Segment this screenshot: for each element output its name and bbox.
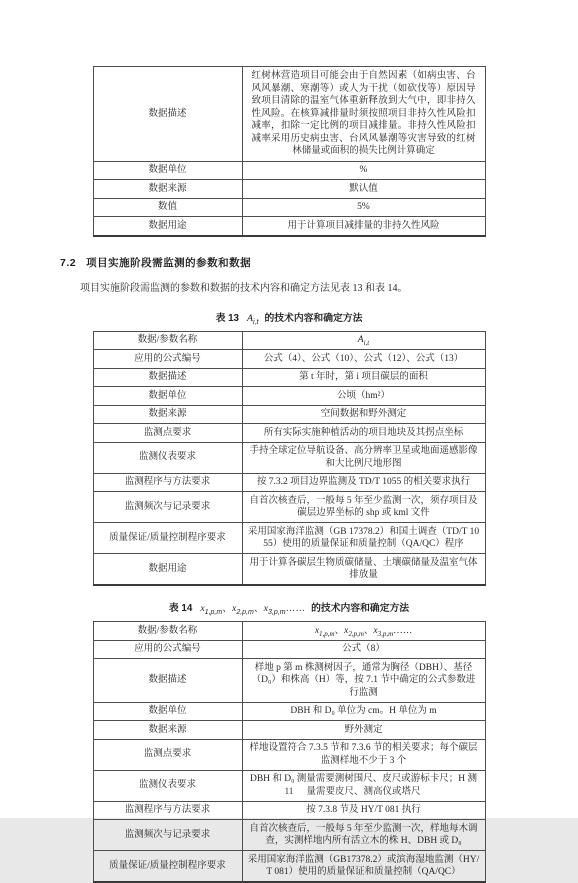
row-value: 自首次核查后，一般每 5 年至少监测一次，样地每木调查，实测样地内所有活立木的株… (242, 820, 485, 851)
table-row: 监测程序与方法要求按 7.3.2 项目边界监测及 TD/T 1055 的相关要求… (93, 473, 485, 492)
row-label: 数据单位 (93, 161, 242, 180)
row-label: 质量保证/质量控制程序要求 (93, 523, 242, 554)
row-value: 按 7.3.2 项目边界监测及 TD/T 1055 的相关要求执行 (242, 473, 485, 492)
row-value: 按 7.3.8 节及 HY/T 081 执行 (242, 801, 485, 820)
variable-subscript: 3,p,m (268, 609, 286, 616)
row-label: 应用的公式编号 (93, 350, 242, 369)
row-label: 数据用途 (93, 554, 242, 586)
table14-parameter-table: 数据/参数名称x1,p,m、x2,p,m、x3,p,m……应用的公式编号公式（8… (93, 621, 486, 883)
table-row: 数据单位DBH 和 D₀ 单位为 cm。H 单位为 m (93, 702, 485, 721)
table14-caption-variables: x1,p,m、x2,p,m、x3,p,m…… (200, 603, 305, 614)
row-label: 数据单位 (93, 702, 242, 721)
table-row: 监测点要求所有实际实施种植活动的项目地块及其拐点坐标 (93, 424, 485, 443)
row-value: 手持全球定位导航设备、高分辨率卫星或地面遥感影像和大比例尺地形图 (242, 442, 485, 473)
intro-paragraph: 项目实施阶段需监测的参数和数据的技术内容和确定方法见表 13 和表 14。 (60, 282, 520, 296)
row-value: 样地设置符合 7.3.5 节和 7.3.6 节的相关要求；每个碳层监测样地不少于… (242, 739, 485, 770)
row-value: 公式（8） (242, 640, 485, 659)
variable-subscript: 2,p,m (236, 609, 254, 616)
table-row: 应用的公式编号公式（8） (93, 640, 485, 659)
table13-caption-suffix: 的技术内容和确定方法 (264, 313, 362, 324)
row-value: 采用国家海洋监测（GB 17378.2）和国土调查（TD/T 1055）使用的质… (242, 523, 485, 554)
row-value: 采用国家海洋监测（GB17378.2）或滨海湿地监测（HY/T 081）使用的质… (242, 851, 485, 883)
ellipsis: …… (286, 603, 306, 614)
row-value: 样地 p 第 m 株测树因子，通常为胸径（DBH）、基径（D₀）和株高（H）等，… (242, 659, 485, 703)
row-label: 质量保证/质量控制程序要求 (93, 851, 242, 883)
row-value: 用于计算各碳层生物质碳储量、土壤碳储量及温室气体排放量 (242, 554, 485, 586)
table-row: 数据用途用于计算各碳层生物质碳储量、土壤碳储量及温室气体排放量 (93, 554, 485, 586)
row-label: 数据来源 (93, 180, 242, 199)
row-label: 数值 (93, 198, 242, 217)
table-row: 监测频次与记录要求自首次核查后，一般每 5 年至少监测一次，样地每木调查，实测样… (93, 820, 485, 851)
row-label: 应用的公式编号 (93, 640, 242, 659)
section-number: 7.2 (60, 257, 76, 269)
row-value: 公顷（hm²） (242, 387, 485, 406)
separator: 、 (222, 603, 232, 614)
table13-caption-variable: Ai,t (247, 313, 258, 324)
table-row: 数据/参数名称x1,p,m、x2,p,m、x3,p,m…… (93, 622, 485, 641)
table-row: 数据单位公顷（hm²） (93, 387, 485, 406)
table-row: 应用的公式编号公式（4）、公式（10）、公式（12）、公式（13） (93, 350, 485, 369)
row-label: 监测频次与记录要求 (93, 492, 242, 523)
table-row: 质量保证/质量控制程序要求采用国家海洋监测（GB17378.2）或滨海湿地监测（… (93, 851, 485, 883)
table13-caption-label: 表 13 (216, 313, 239, 324)
document-page: 数据描述红树林营造项目可能会由于自然因素（如病虫害、台风风暴潮、寒潮等）或人为干… (0, 0, 578, 818)
variable-subscript: i,t (253, 318, 258, 325)
row-value: Ai,t (242, 331, 485, 350)
text-fragment: 、 (364, 626, 374, 636)
table-row: 数据用途用于计算项目减排量的非持久性风险 (93, 217, 485, 236)
table14-caption-suffix: 的技术内容和确定方法 (311, 603, 409, 614)
table-row: 数据/参数名称Ai,t (93, 331, 485, 350)
row-value: 空间数据和野外测定 (242, 405, 485, 424)
separator: 、 (254, 603, 264, 614)
variable-subscript: 3,p,m (378, 629, 394, 637)
table-row: 数据来源默认值 (93, 180, 485, 199)
row-label: 监测仪表要求 (93, 442, 242, 473)
row-label: 监测程序与方法要求 (93, 473, 242, 492)
row-value: 5% (242, 198, 485, 217)
table-row: 监测点要求样地设置符合 7.3.5 节和 7.3.6 节的相关要求；每个碳层监测… (93, 739, 485, 770)
row-value: x1,p,m、x2,p,m、x3,p,m…… (242, 622, 485, 641)
section-title: 项目实施阶段需监测的参数和数据 (86, 257, 251, 269)
variable-subscript: 2,p,m (348, 629, 364, 637)
table13-parameter-table: 数据/参数名称Ai,t应用的公式编号公式（4）、公式（10）、公式（12）、公式… (93, 331, 486, 587)
page-number: 11 (0, 786, 578, 796)
text-fragment: 、 (335, 626, 345, 636)
table-row: 数据来源空间数据和野外测定 (93, 405, 485, 424)
row-value: 用于计算项目减排量的非持久性风险 (242, 217, 485, 236)
text-fragment: …… (393, 626, 412, 636)
row-label: 监测点要求 (93, 424, 242, 443)
row-value: 第 t 年时，第 i 项目碳层的面积 (242, 368, 485, 387)
table13-caption: 表 13Ai,t的技术内容和确定方法 (0, 310, 578, 324)
table-row: 质量保证/质量控制程序要求采用国家海洋监测（GB 17378.2）和国土调查（T… (93, 523, 485, 554)
row-label: 数据描述 (93, 67, 242, 162)
row-value: 所有实际实施种植活动的项目地块及其拐点坐标 (242, 424, 485, 443)
row-value: 公式（4）、公式（10）、公式（12）、公式（13） (242, 350, 485, 369)
row-value: 默认值 (242, 180, 485, 199)
row-label: 数据/参数名称 (93, 622, 242, 641)
row-value: % (242, 161, 485, 180)
variable-subscript: 1,p,m (319, 629, 335, 637)
row-value: 红树林营造项目可能会由于自然因素（如病虫害、台风风暴潮、寒潮等）或人为干扰（如砍… (242, 67, 485, 162)
variable-subscript: i,t (364, 339, 370, 347)
variable-subscript: 1,p,m (205, 609, 223, 616)
row-value: 野外测定 (242, 721, 485, 740)
row-label: 数据/参数名称 (93, 331, 242, 350)
row-label: 数据描述 (93, 659, 242, 703)
table-row: 监测频次与记录要求自首次核查后，一般每 5 年至少监测一次，须存项目及碳层边界坐… (93, 492, 485, 523)
row-label: 数据来源 (93, 405, 242, 424)
row-value: 自首次核查后，一般每 5 年至少监测一次，须存项目及碳层边界坐标的 shp 或 … (242, 492, 485, 523)
section-heading: 7.2项目实施阶段需监测的参数和数据 (60, 255, 520, 270)
row-value: DBH 和 D₀ 单位为 cm。H 单位为 m (242, 702, 485, 721)
table-row: 数据单位% (93, 161, 485, 180)
table-row: 监测仪表要求手持全球定位导航设备、高分辨率卫星或地面遥感影像和大比例尺地形图 (93, 442, 485, 473)
row-label: 监测程序与方法要求 (93, 801, 242, 820)
row-label: 数据来源 (93, 721, 242, 740)
table14-caption-label: 表 14 (169, 603, 192, 614)
parameter-table-continuation: 数据描述红树林营造项目可能会由于自然因素（如病虫害、台风风暴潮、寒潮等）或人为干… (93, 66, 486, 237)
row-label: 监测频次与记录要求 (93, 820, 242, 851)
table14-caption: 表 14x1,p,m、x2,p,m、x3,p,m……的技术内容和确定方法 (0, 600, 578, 614)
table-row: 数值5% (93, 198, 485, 217)
table-row: 监测程序与方法要求按 7.3.8 节及 HY/T 081 执行 (93, 801, 485, 820)
row-label: 数据单位 (93, 387, 242, 406)
row-label: 监测点要求 (93, 739, 242, 770)
table-row: 数据描述红树林营造项目可能会由于自然因素（如病虫害、台风风暴潮、寒潮等）或人为干… (93, 67, 485, 162)
table-row: 数据来源野外测定 (93, 721, 485, 740)
row-label: 数据描述 (93, 368, 242, 387)
table-row: 数据描述第 t 年时，第 i 项目碳层的面积 (93, 368, 485, 387)
table-row: 数据描述样地 p 第 m 株测树因子，通常为胸径（DBH）、基径（D₀）和株高（… (93, 659, 485, 703)
row-label: 数据用途 (93, 217, 242, 236)
